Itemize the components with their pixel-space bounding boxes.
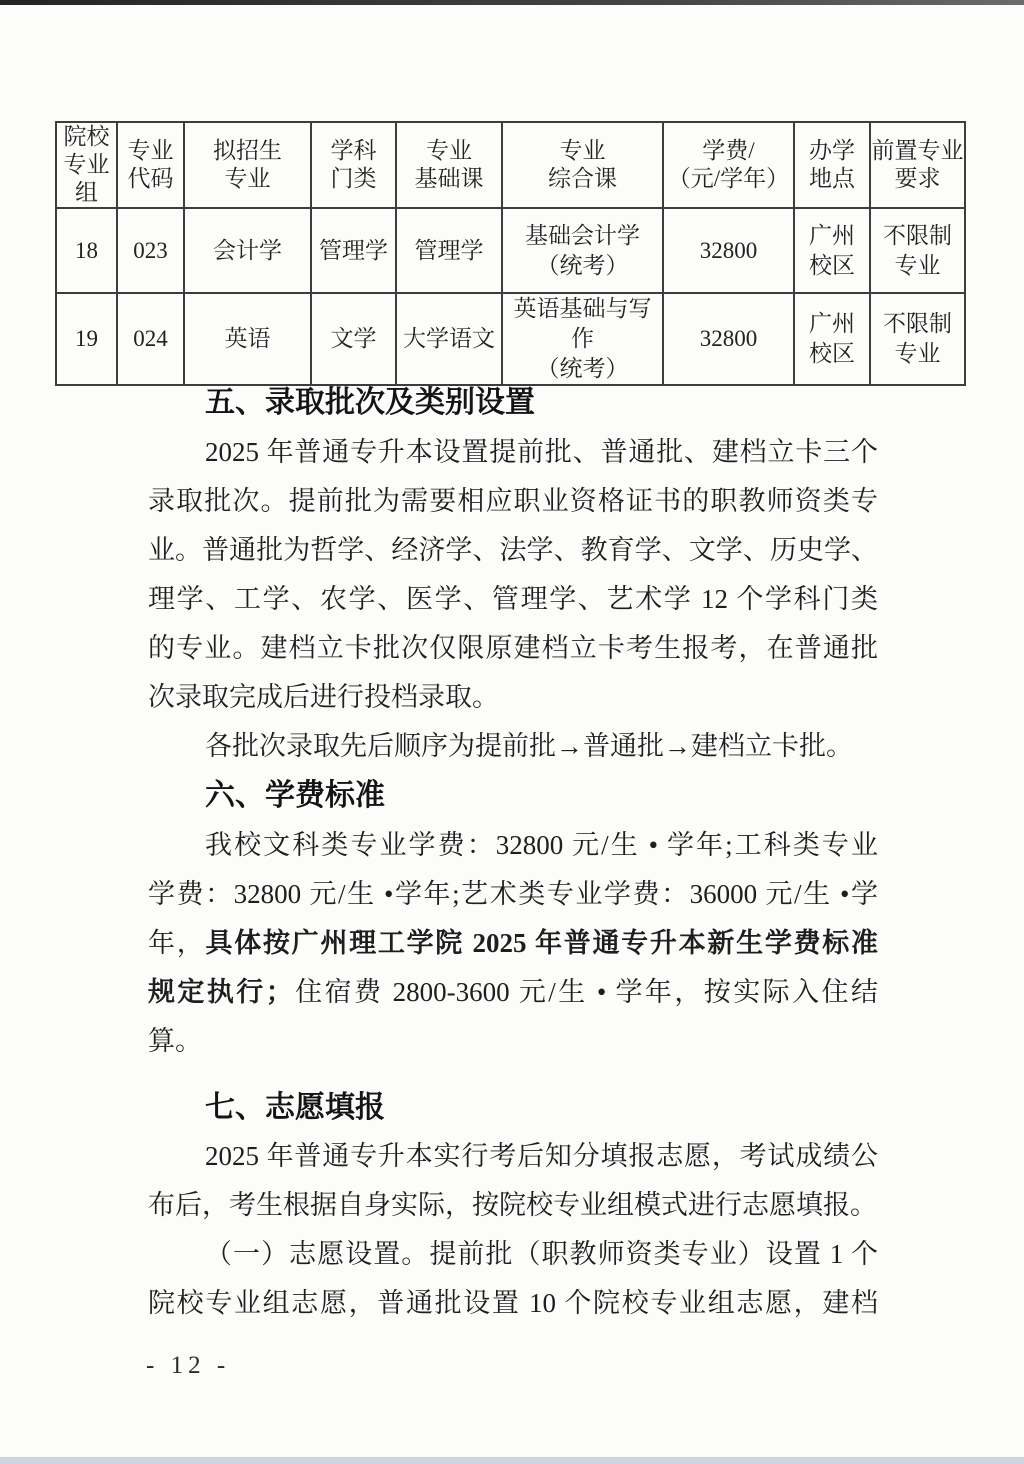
paragraph: 2025 年普通专升本实行考后知分填报志愿，考试成绩公 布后，考生根据自身实际，… [148, 1132, 878, 1230]
cell-code: 023 [117, 208, 184, 293]
col-header-discipline: 学科 门类 [311, 122, 396, 208]
text-line: 理学、工学、农学、医学、管理学、艺术学 12 个学科门类 [148, 575, 878, 624]
cell-group: 18 [56, 208, 117, 293]
col-header-group: 院校 专业 组 [56, 122, 117, 208]
cell-major: 英语 [184, 293, 311, 385]
scan-edge-bottom [0, 1457, 1024, 1464]
table-row: 18 023 会计学 管理学 管理学 基础会计学 （统考） 32800 广州 校… [56, 208, 965, 293]
text-line: 规定执行；住宿费 2800-3600 元/生 • 学年，按实际入住结 [148, 968, 878, 1017]
paragraph: 各批次录取先后顺序为提前批→普通批→建档立卡批。 [148, 722, 878, 771]
text-line: 布后，考生根据自身实际，按院校专业组模式进行志愿填报。 [148, 1181, 878, 1230]
text-line: 录取批次。提前批为需要相应职业资格证书的职教师资类专 [148, 477, 878, 526]
text-line: 各批次录取先后顺序为提前批→普通批→建档立卡批。 [148, 722, 878, 771]
cell-code: 024 [117, 293, 184, 385]
col-header-location: 办学 地点 [794, 122, 870, 208]
document-page: 院校 专业 组 专业 代码 拟招生 专业 学科 门类 专业 基础课 专业 综合课… [0, 0, 1024, 1464]
col-header-code: 专业 代码 [117, 122, 184, 208]
scan-edge-top [0, 0, 1024, 5]
section-6-heading: 六、学费标准 [148, 771, 878, 821]
col-header-prerequisite: 前置专业 要求 [870, 122, 965, 208]
text-line: 次录取完成后进行投档录取。 [148, 673, 878, 722]
col-header-basic-course: 专业 基础课 [396, 122, 502, 208]
text-line: 学费：32800 元/生 •学年;艺术类专业学费：36000 元/生 •学 [148, 870, 878, 919]
text-segment: 年， [148, 928, 205, 958]
text-segment-bold: 具体按广州理工学院 2025 年普通专升本新生学费标准 [205, 928, 878, 958]
text-segment-bold: 规定执行； [148, 977, 293, 1007]
section-5-heading: 五、录取批次及类别设置 [148, 378, 878, 428]
cell-comprehensive-course: 英语基础与写作 （统考） [502, 293, 663, 385]
text-line: 院校专业组志愿，普通批设置 10 个院校专业组志愿，建档 [148, 1279, 878, 1328]
text-line: 业。普通批为哲学、经济学、法学、教育学、文学、历史学、 [148, 526, 878, 575]
cell-major: 会计学 [184, 208, 311, 293]
text-line: 2025 年普通专升本实行考后知分填报志愿，考试成绩公 [148, 1132, 878, 1181]
text-line: （一）志愿设置。提前批（职教师资类专业）设置 1 个 [148, 1230, 878, 1279]
admission-plan-table: 院校 专业 组 专业 代码 拟招生 专业 学科 门类 专业 基础课 专业 综合课… [55, 121, 966, 386]
text-line: 2025 年普通专升本设置提前批、普通批、建档立卡三个 [148, 428, 878, 477]
text-line: 算。 [148, 1017, 878, 1066]
paragraph: （一）志愿设置。提前批（职教师资类专业）设置 1 个 院校专业组志愿，普通批设置… [148, 1230, 878, 1328]
cell-discipline: 文学 [311, 293, 396, 385]
table-header-row: 院校 专业 组 专业 代码 拟招生 专业 学科 门类 专业 基础课 专业 综合课… [56, 122, 965, 208]
cell-tuition: 32800 [663, 208, 794, 293]
cell-group: 19 [56, 293, 117, 385]
document-body: 五、录取批次及类别设置 2025 年普通专升本设置提前批、普通批、建档立卡三个 … [148, 378, 878, 1328]
cell-comprehensive-course: 基础会计学 （统考） [502, 208, 663, 293]
cell-basic-course: 管理学 [396, 208, 502, 293]
cell-location: 广州 校区 [794, 293, 870, 385]
cell-basic-course: 大学语文 [396, 293, 502, 385]
cell-prerequisite: 不限制 专业 [870, 208, 965, 293]
col-header-tuition: 学费/ （元/学年） [663, 122, 794, 208]
cell-location: 广州 校区 [794, 208, 870, 293]
cell-discipline: 管理学 [311, 208, 396, 293]
section-7-heading: 七、志愿填报 [148, 1084, 878, 1132]
col-header-comprehensive-course: 专业 综合课 [502, 122, 663, 208]
col-header-major: 拟招生 专业 [184, 122, 311, 208]
paragraph: 我校文科类专业学费：32800 元/生 • 学年;工科类专业 学费：32800 … [148, 821, 878, 1066]
text-line: 我校文科类专业学费：32800 元/生 • 学年;工科类专业 [148, 821, 878, 870]
page-number: - 12 - [146, 1352, 230, 1380]
text-line: 的专业。建档立卡批次仅限原建档立卡考生报考，在普通批 [148, 624, 878, 673]
cell-prerequisite: 不限制 专业 [870, 293, 965, 385]
cell-tuition: 32800 [663, 293, 794, 385]
text-line: 年，具体按广州理工学院 2025 年普通专升本新生学费标准 [148, 919, 878, 968]
text-segment: 住宿费 2800-3600 元/生 • 学年，按实际入住结 [293, 977, 878, 1007]
table-row: 19 024 英语 文学 大学语文 英语基础与写作 （统考） 32800 广州 … [56, 293, 965, 385]
paragraph: 2025 年普通专升本设置提前批、普通批、建档立卡三个 录取批次。提前批为需要相… [148, 428, 878, 722]
